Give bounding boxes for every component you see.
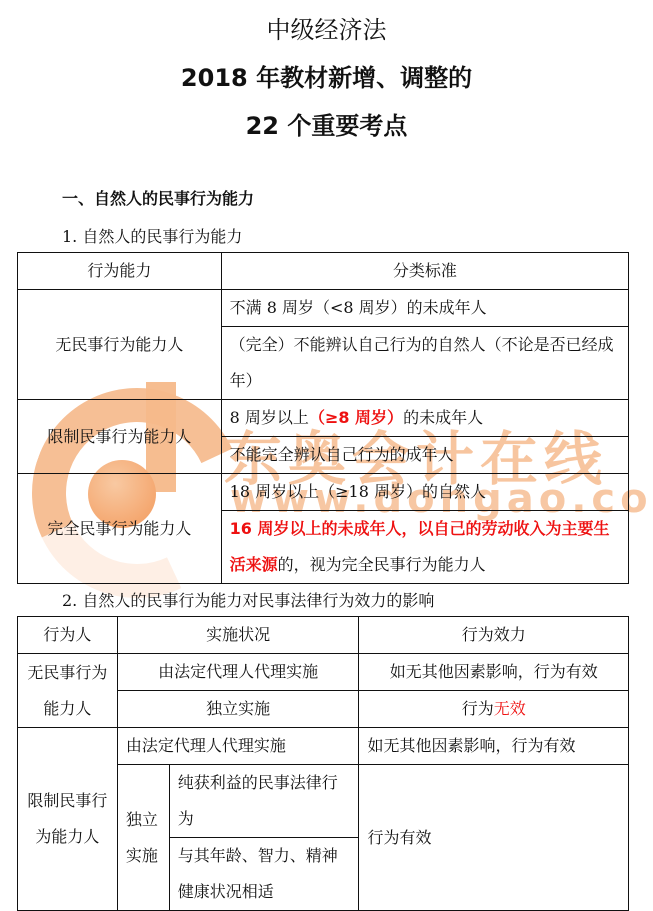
status-cell: 独立实施 (117, 691, 359, 728)
table-row: 限制民事行为能力人 8 周岁以上（≥8 周岁）的未成年人 (18, 400, 629, 437)
criteria-text: 的，视为完全民事行为能力人 (278, 555, 486, 574)
subsection-heading-2: 2. 自然人的民事行为能力对民事法律行为效力的影响 (62, 588, 434, 611)
category-cell: 无民事行为能力人 (18, 290, 222, 400)
column-header: 行为能力 (18, 253, 222, 290)
column-header: 行为效力 (359, 617, 629, 654)
subsection-heading-1: 1. 自然人的民事行为能力 (62, 224, 242, 247)
table-row: 无民事行为能力人 不满 8 周岁（<8 周岁）的未成年人 (18, 290, 629, 327)
table-header-row: 行为能力 分类标准 (18, 253, 629, 290)
status-cell: 由法定代理人代理实施 (117, 654, 359, 691)
status-cell: 独立实施 (117, 765, 169, 911)
table-header-row: 行为人 实施状况 行为效力 (18, 617, 629, 654)
column-header: 分类标准 (221, 253, 628, 290)
table-row: 无民事行为能力人 由法定代理人代理实施 如无其他因素影响，行为有效 (18, 654, 629, 691)
effect-text: 行为 (462, 699, 494, 718)
table-row: 限制民事行为能力人 由法定代理人代理实施 如无其他因素影响，行为有效 (18, 728, 629, 765)
criteria-text: 的未成年人 (403, 408, 483, 427)
criteria-cell: 不能完全辨认自己行为的成年人 (221, 437, 628, 474)
criteria-text: 8 周岁以上 (230, 408, 309, 427)
effect-cell: 行为无效 (359, 691, 629, 728)
doc-title: 中级经济法 (0, 10, 653, 45)
category-cell: 限制民事行为能力人 (18, 400, 222, 474)
highlight-text: （≥8 周岁） (309, 408, 403, 427)
column-header: 实施状况 (117, 617, 359, 654)
highlight-text: 无效 (494, 699, 526, 718)
actor-cell: 无民事行为能力人 (18, 654, 118, 728)
sub-status-cell: 与其年龄、智力、精神健康状况相适 (169, 838, 359, 911)
doc-subtitle: 2018 年教材新增、调整的 (0, 58, 653, 93)
column-header: 行为人 (18, 617, 118, 654)
criteria-cell: 16 周岁以上的未成年人，以自己的劳动收入为主要生活来源的，视为完全民事行为能力… (221, 511, 628, 584)
sub-status-cell: 纯获利益的民事法律行为 (169, 765, 359, 838)
criteria-cell: 不满 8 周岁（<8 周岁）的未成年人 (221, 290, 628, 327)
doc-subtitle-2: 22 个重要考点 (0, 106, 653, 141)
effect-cell: 如无其他因素影响，行为有效 (359, 728, 629, 765)
section-heading: 一、自然人的民事行为能力 (62, 186, 254, 209)
capacity-effect-table: 行为人 实施状况 行为效力 无民事行为能力人 由法定代理人代理实施 如无其他因素… (17, 616, 629, 911)
criteria-cell: 8 周岁以上（≥8 周岁）的未成年人 (221, 400, 628, 437)
criteria-cell: （完全）不能辨认自己行为的自然人（不论是否已经成年） (221, 327, 628, 400)
table-row: 完全民事行为能力人 18 周岁以上（≥18 周岁）的自然人 (18, 474, 629, 511)
effect-cell: 如无其他因素影响，行为有效 (359, 654, 629, 691)
capacity-classification-table: 行为能力 分类标准 无民事行为能力人 不满 8 周岁（<8 周岁）的未成年人 （… (17, 252, 629, 584)
actor-cell: 限制民事行为能力人 (18, 728, 118, 911)
category-cell: 完全民事行为能力人 (18, 474, 222, 584)
effect-cell: 行为有效 (359, 765, 629, 911)
criteria-cell: 18 周岁以上（≥18 周岁）的自然人 (221, 474, 628, 511)
status-cell: 由法定代理人代理实施 (117, 728, 359, 765)
